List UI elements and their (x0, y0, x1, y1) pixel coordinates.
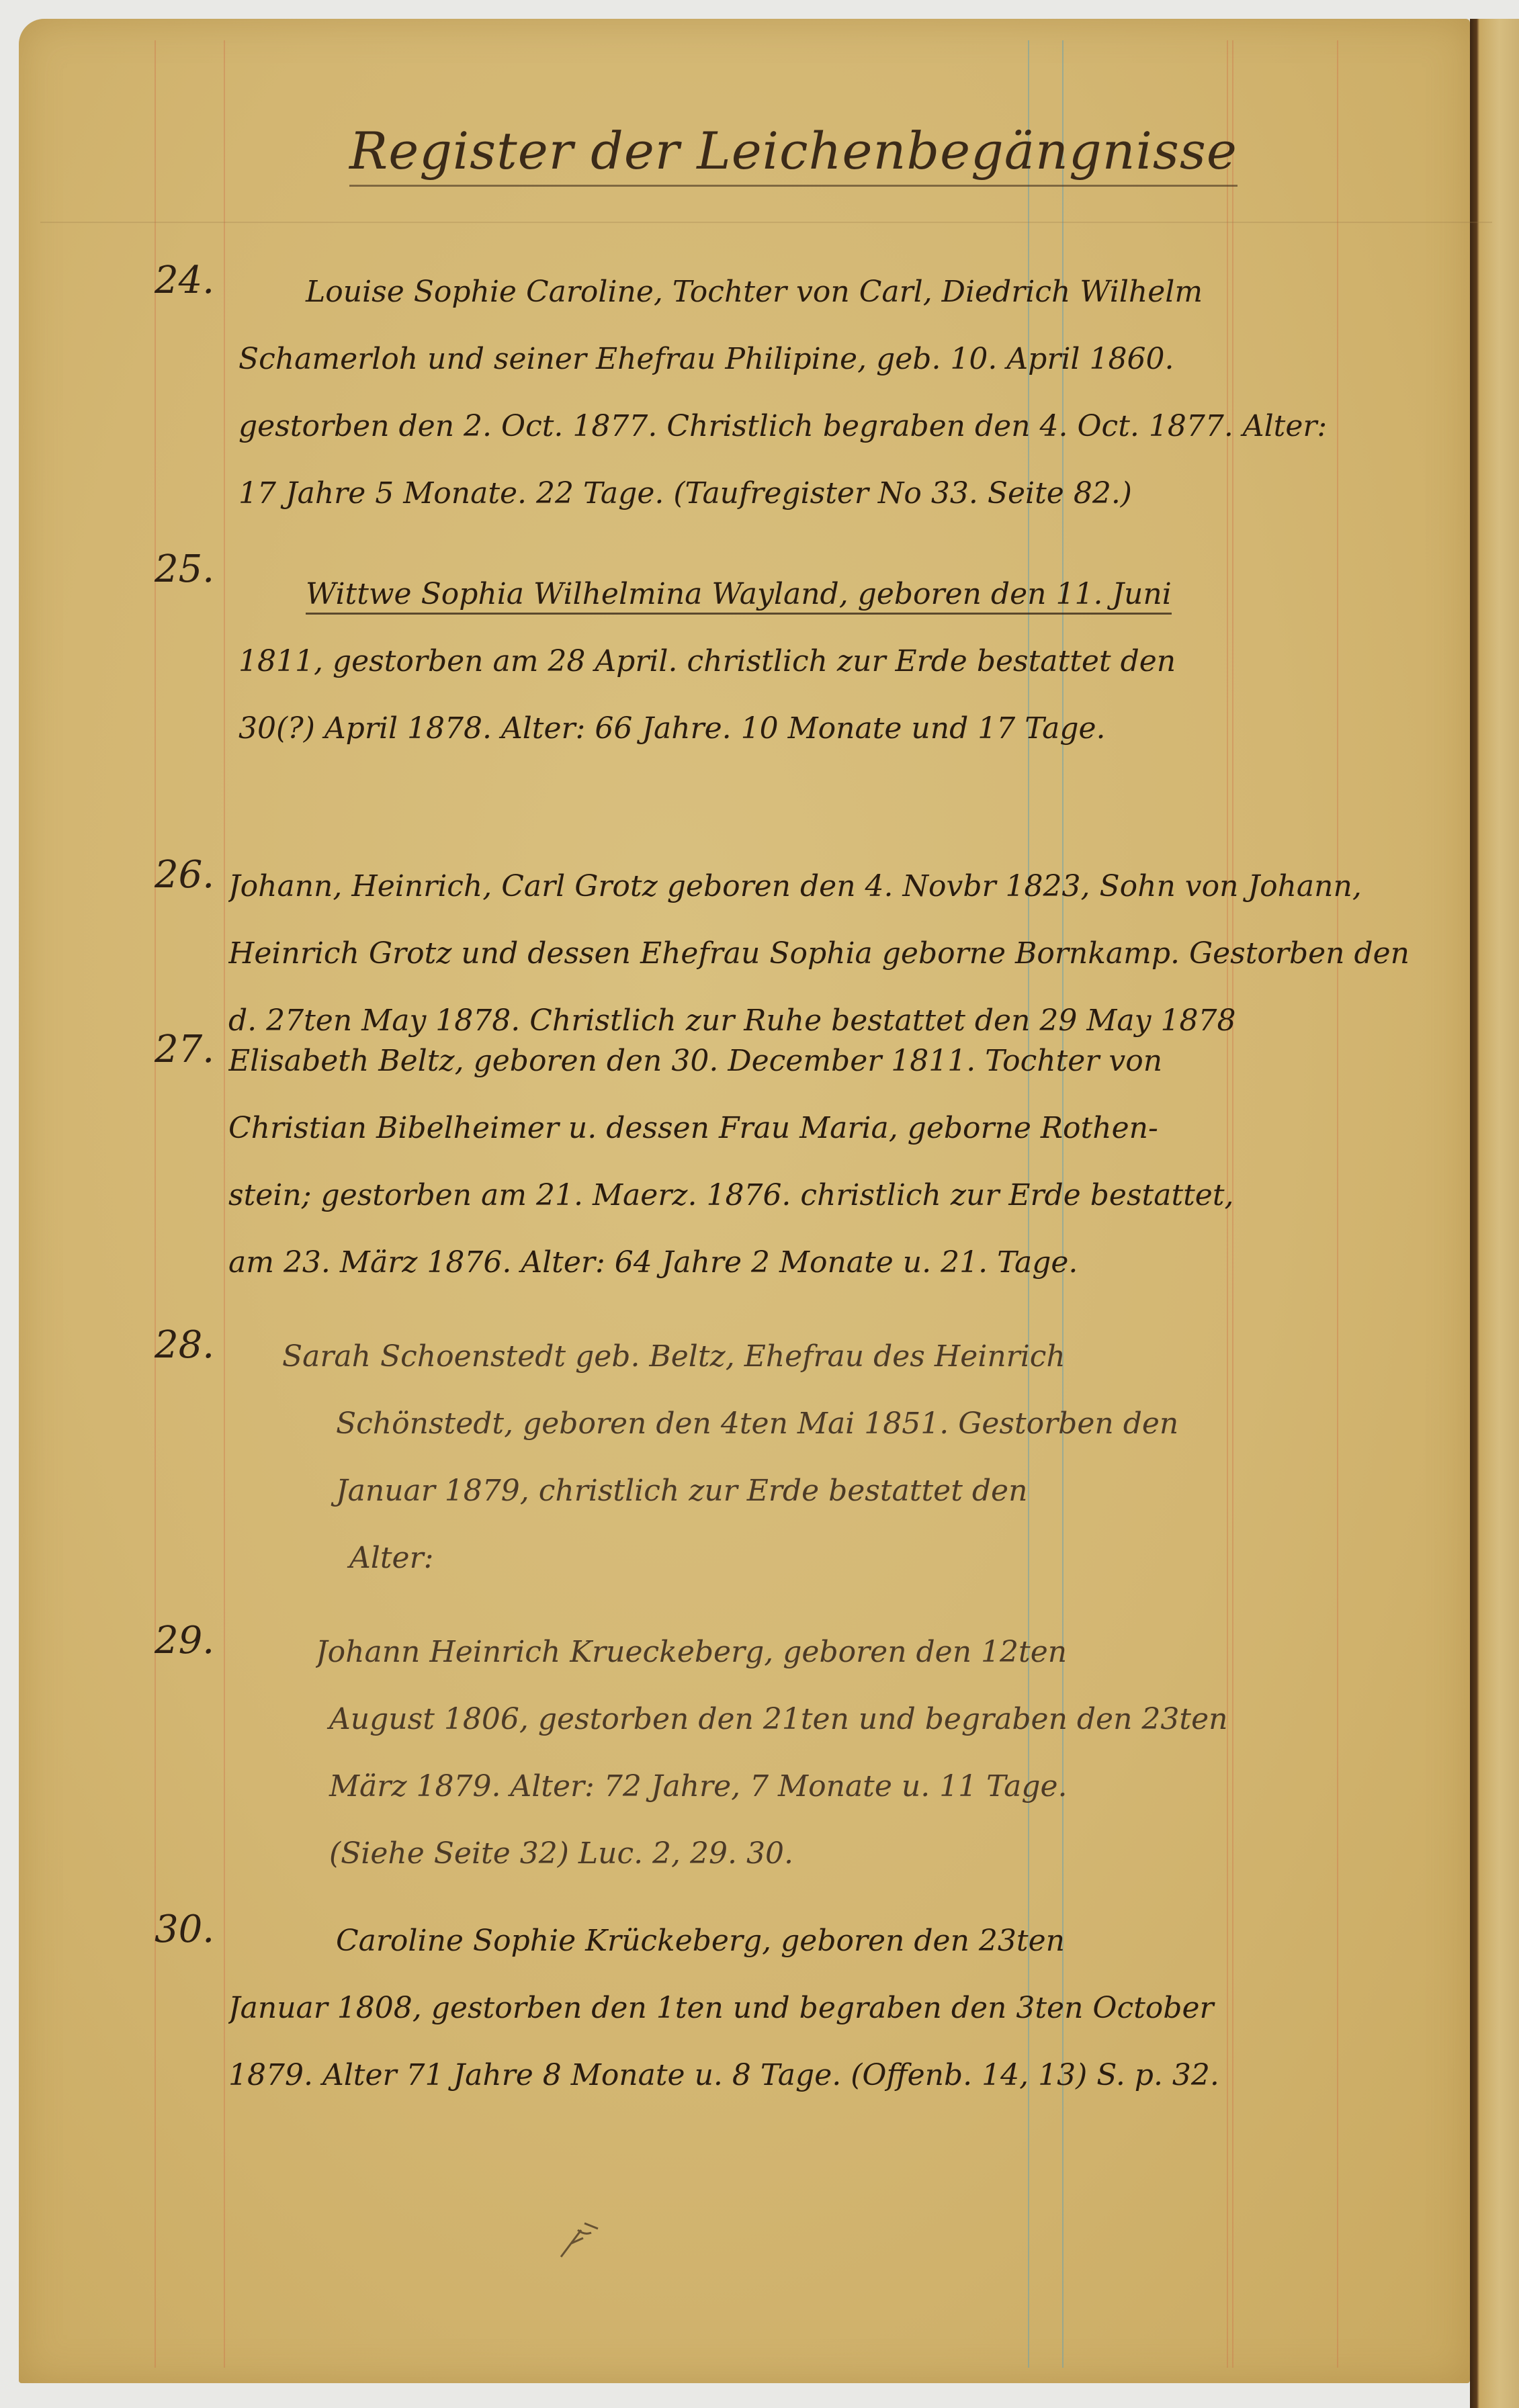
entry-line: gestorben den 2. Oct. 1877. Christlich b… (238, 393, 1411, 460)
entry-line: Johann Heinrich Krueckeberg, geboren den… (316, 1619, 1411, 1686)
entry-line: Januar 1808, gestorben den 1ten und begr… (228, 1975, 1411, 2042)
header-rule (40, 222, 1492, 223)
entry-number: 25. (155, 547, 214, 591)
entry-line: 30(?) April 1878. Alter: 66 Jahre. 10 Mo… (238, 695, 1411, 762)
entry-number: 26. (155, 853, 214, 897)
ink-smudge-icon (558, 2210, 638, 2264)
margin-rule-left (155, 40, 156, 2368)
entry-line: Caroline Sophie Krückeberg, geboren den … (228, 1908, 1411, 1975)
entry-number: 24. (155, 259, 214, 302)
page-title: Register der Leichenbegängnisse (349, 121, 1238, 187)
entry-number: 27. (155, 1028, 214, 1071)
entry-line: Schönstedt, geboren den 4ten Mai 1851. G… (282, 1390, 1411, 1458)
entry-line: Alter: (282, 1525, 1411, 1592)
entry-number: 28. (155, 1323, 214, 1367)
book-gutter-edge (1470, 19, 1519, 2408)
entry-line: Louise Sophie Caroline, Tochter von Carl… (238, 259, 1411, 326)
entry-line: Elisabeth Beltz, geboren den 30. Decembe… (228, 1028, 1411, 1095)
entry-line: Sarah Schoenstedt geb. Beltz, Ehefrau de… (282, 1323, 1411, 1390)
entry-line: August 1806, gestorben den 21ten und beg… (316, 1686, 1411, 1753)
entry-line: Januar 1879, christlich zur Erde bestatt… (282, 1458, 1411, 1525)
number-column-rule (224, 40, 225, 2368)
entry-line: Christian Bibelheimer u. dessen Frau Mar… (228, 1095, 1411, 1162)
entry-line: Heinrich Grotz und dessen Ehefrau Sophia… (228, 920, 1411, 987)
entry-line: 17 Jahre 5 Monate. 22 Tage. (Taufregiste… (238, 460, 1411, 527)
entry-line: 1879. Alter 71 Jahre 8 Monate u. 8 Tage.… (228, 2042, 1411, 2109)
entry-line: März 1879. Alter: 72 Jahre, 7 Monate u. … (316, 1753, 1411, 1820)
entry-line: Johann, Heinrich, Carl Grotz geboren den… (228, 853, 1411, 920)
entry-line: am 23. März 1876. Alter: 64 Jahre 2 Mona… (228, 1229, 1411, 1296)
entry-line: Wittwe Sophia Wilhelmina Wayland, gebore… (238, 561, 1411, 628)
entry-line: Schamerloh und seiner Ehefrau Philipine,… (238, 326, 1411, 393)
entry-number: 30. (155, 1908, 214, 1951)
entry-name: Wittwe Sophia Wilhelmina Wayland, gebore… (306, 577, 1172, 615)
entry-line: 1811, gestorben am 28 April. christlich … (238, 628, 1411, 695)
entry-line: stein; gestorben am 21. Maerz. 1876. chr… (228, 1162, 1411, 1229)
entry-number: 29. (155, 1619, 214, 1662)
entry-line: (Siehe Seite 32) Luc. 2, 29. 30. (316, 1820, 1411, 1887)
